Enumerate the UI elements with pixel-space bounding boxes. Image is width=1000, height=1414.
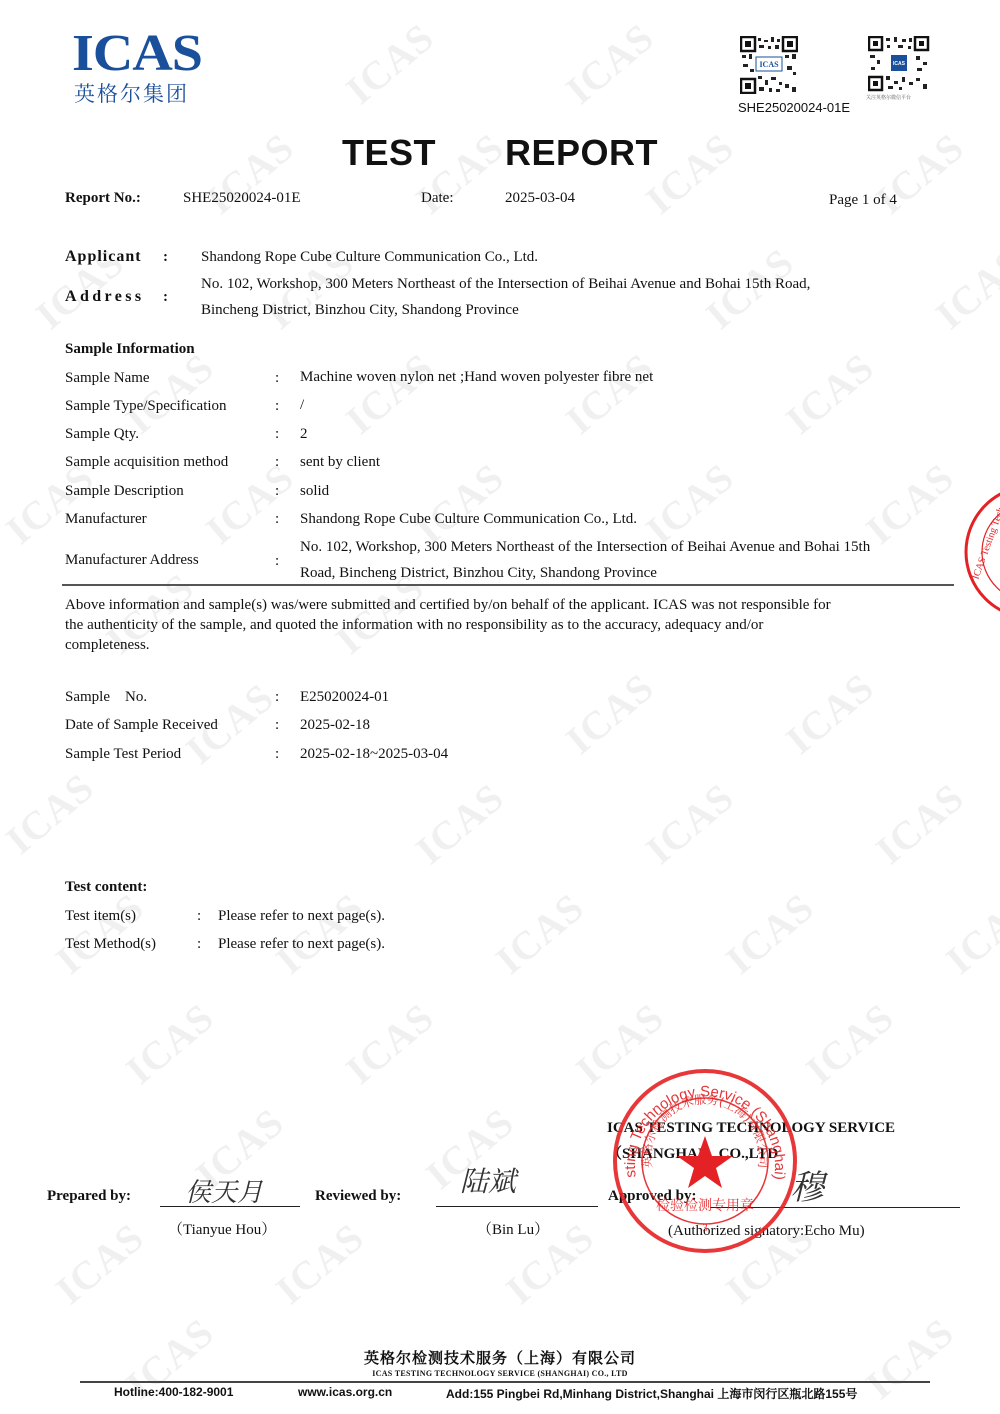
test-methods-label: Test Method(s) [65, 934, 156, 954]
icas-logo-subtitle: 英格尔集团 [74, 78, 189, 108]
sample-qty-colon: : [275, 424, 279, 444]
svg-text:3: 3 [702, 1222, 708, 1234]
manufacturer-address-line-1: No. 102, Workshop, 300 Meters Northeast … [300, 537, 870, 557]
date-value: 2025-03-04 [505, 188, 575, 208]
sample-type-value: / [300, 395, 304, 415]
manufacturer-label: Manufacturer [65, 509, 147, 529]
watermark: ICAS [557, 663, 664, 763]
wechat-qr-code-icon: ICAS [868, 36, 930, 92]
title-word-report: REPORT [505, 132, 658, 174]
reviewed-name: （Bin Lu） [477, 1220, 549, 1240]
sample-type-colon: : [275, 396, 279, 416]
sample-name-colon: : [275, 368, 279, 388]
sample-no-colon: : [275, 687, 279, 707]
manufacturer-address-label: Manufacturer Address [65, 550, 199, 570]
watermark: ICAS [337, 343, 444, 443]
acquisition-method-colon: : [275, 452, 279, 472]
address-line-1: No. 102, Workshop, 300 Meters Northeast … [201, 274, 810, 294]
svg-text:检验检测专用章: 检验检测专用章 [656, 1197, 754, 1214]
watermark: ICAS [797, 993, 904, 1093]
page-indicator: Page 1 of 4 [829, 190, 897, 210]
watermark: ICAS [717, 883, 824, 983]
applicant-value: Shandong Rope Cube Culture Communication… [201, 247, 538, 267]
watermark: ICAS [867, 773, 974, 873]
reviewed-by-label: Reviewed by: [315, 1186, 401, 1206]
footer-address: Add:155 Pingbei Rd,Minhang District,Shan… [446, 1385, 857, 1402]
test-items-value: Please refer to next page(s). [218, 906, 385, 926]
sample-description-value: solid [300, 481, 329, 501]
report-no-label: Report No.: [65, 188, 141, 208]
qr-report-code: SHE25020024-01E [738, 100, 850, 115]
footer-website[interactable]: www.icas.org.cn [298, 1385, 392, 1399]
date-received-label: Date of Sample Received [65, 715, 218, 735]
address-label: Address [65, 287, 145, 307]
watermark: ICAS [407, 773, 514, 873]
report-qr-code-icon: ICAS [740, 36, 798, 94]
manufacturer-colon: : [275, 509, 279, 529]
reviewed-signature-line [436, 1206, 598, 1207]
footer-hotline: Hotline:400-182-9001 [114, 1385, 233, 1399]
manufacturer-value: Shandong Rope Cube Culture Communication… [300, 509, 637, 529]
sample-name-label: Sample Name [65, 368, 150, 388]
footer-divider [80, 1381, 930, 1383]
date-received-colon: : [275, 715, 279, 735]
watermark: ICAS [637, 773, 744, 873]
prepared-signature: 侯天月 [185, 1172, 263, 1209]
disclaimer-line-3: completeness. [65, 635, 150, 655]
reviewed-signature: 陆斌 [460, 1160, 516, 1200]
page-title: TEST REPORT [0, 132, 1000, 174]
company-stamp-icon: ICAS Testing Technology Service (Shangha… [612, 1068, 798, 1254]
applicant-label: Applicant [65, 247, 142, 267]
manufacturer-address-colon: : [275, 551, 279, 571]
section-divider [62, 584, 954, 586]
sample-description-label: Sample Description [65, 481, 184, 501]
watermark: ICAS [337, 993, 444, 1093]
watermark: ICAS [857, 453, 964, 553]
sample-type-label: Sample Type/Specification [65, 396, 227, 416]
qr-caption: 关注英格尔微信平台 [866, 94, 911, 101]
test-methods-colon: : [197, 934, 201, 954]
test-content-heading: Test content: [65, 877, 147, 897]
svg-text:ICAS: ICAS [893, 61, 906, 67]
applicant-colon: : [163, 247, 168, 267]
sample-no-value: E25020024-01 [300, 687, 389, 707]
watermark: ICAS [117, 993, 224, 1093]
sample-qty-label: Sample Qty. [65, 424, 139, 444]
sample-description-colon: : [275, 481, 279, 501]
title-word-test: TEST [342, 132, 436, 174]
watermark: ICAS [777, 663, 884, 763]
acquisition-method-label: Sample acquisition method [65, 452, 228, 472]
acquisition-method-value: sent by client [300, 452, 380, 472]
watermark: ICAS [47, 1213, 154, 1313]
prepared-by-label: Prepared by: [47, 1186, 131, 1206]
test-period-colon: : [275, 744, 279, 764]
test-methods-value: Please refer to next page(s). [218, 934, 385, 954]
watermark: ICAS [267, 1213, 374, 1313]
icas-logo: ICAS [72, 32, 202, 76]
watermark: ICAS [0, 763, 103, 863]
address-line-2: Bincheng District, Binzhou City, Shandon… [201, 300, 519, 320]
svg-text:ICAS: ICAS [759, 60, 779, 69]
sample-qty-value: 2 [300, 424, 308, 444]
sample-no-label: Sample No. [65, 687, 147, 707]
watermark: ICAS [927, 238, 1000, 338]
disclaimer-line-1: Above information and sample(s) was/were… [65, 595, 831, 615]
test-period-value: 2025-02-18~2025-03-04 [300, 744, 448, 764]
watermark: ICAS [777, 343, 884, 443]
manufacturer-address-line-2: Road, Bincheng District, Binzhou City, S… [300, 563, 657, 583]
test-items-colon: : [197, 906, 201, 926]
sample-info-heading: Sample Information [65, 339, 195, 359]
date-received-value: 2025-02-18 [300, 715, 370, 735]
address-colon: : [163, 287, 168, 307]
disclaimer-line-2: the authenticity of the sample, and quot… [65, 615, 763, 635]
sample-name-value: Machine woven nylon net ;Hand woven poly… [300, 367, 653, 387]
prepared-signature-line [160, 1206, 300, 1207]
footer-company-en: ICAS TESTING TECHNOLOGY SERVICE (SHANGHA… [0, 1369, 1000, 1378]
watermark: ICAS [557, 343, 664, 443]
date-label: Date: [421, 188, 453, 208]
watermark: ICAS [337, 13, 444, 113]
prepared-name: （Tianyue Hou） [168, 1220, 276, 1240]
watermark: ICAS [557, 13, 664, 113]
footer-company-cn: 英格尔检测技术服务（上海）有限公司 [0, 1347, 1000, 1368]
partial-stamp-icon: ICAS Testing Tech [962, 482, 1000, 622]
watermark: ICAS [937, 883, 1000, 983]
watermark: ICAS [487, 883, 594, 983]
test-items-label: Test item(s) [65, 906, 136, 926]
test-period-label: Sample Test Period [65, 744, 181, 764]
report-no-value: SHE25020024-01E [183, 188, 301, 208]
